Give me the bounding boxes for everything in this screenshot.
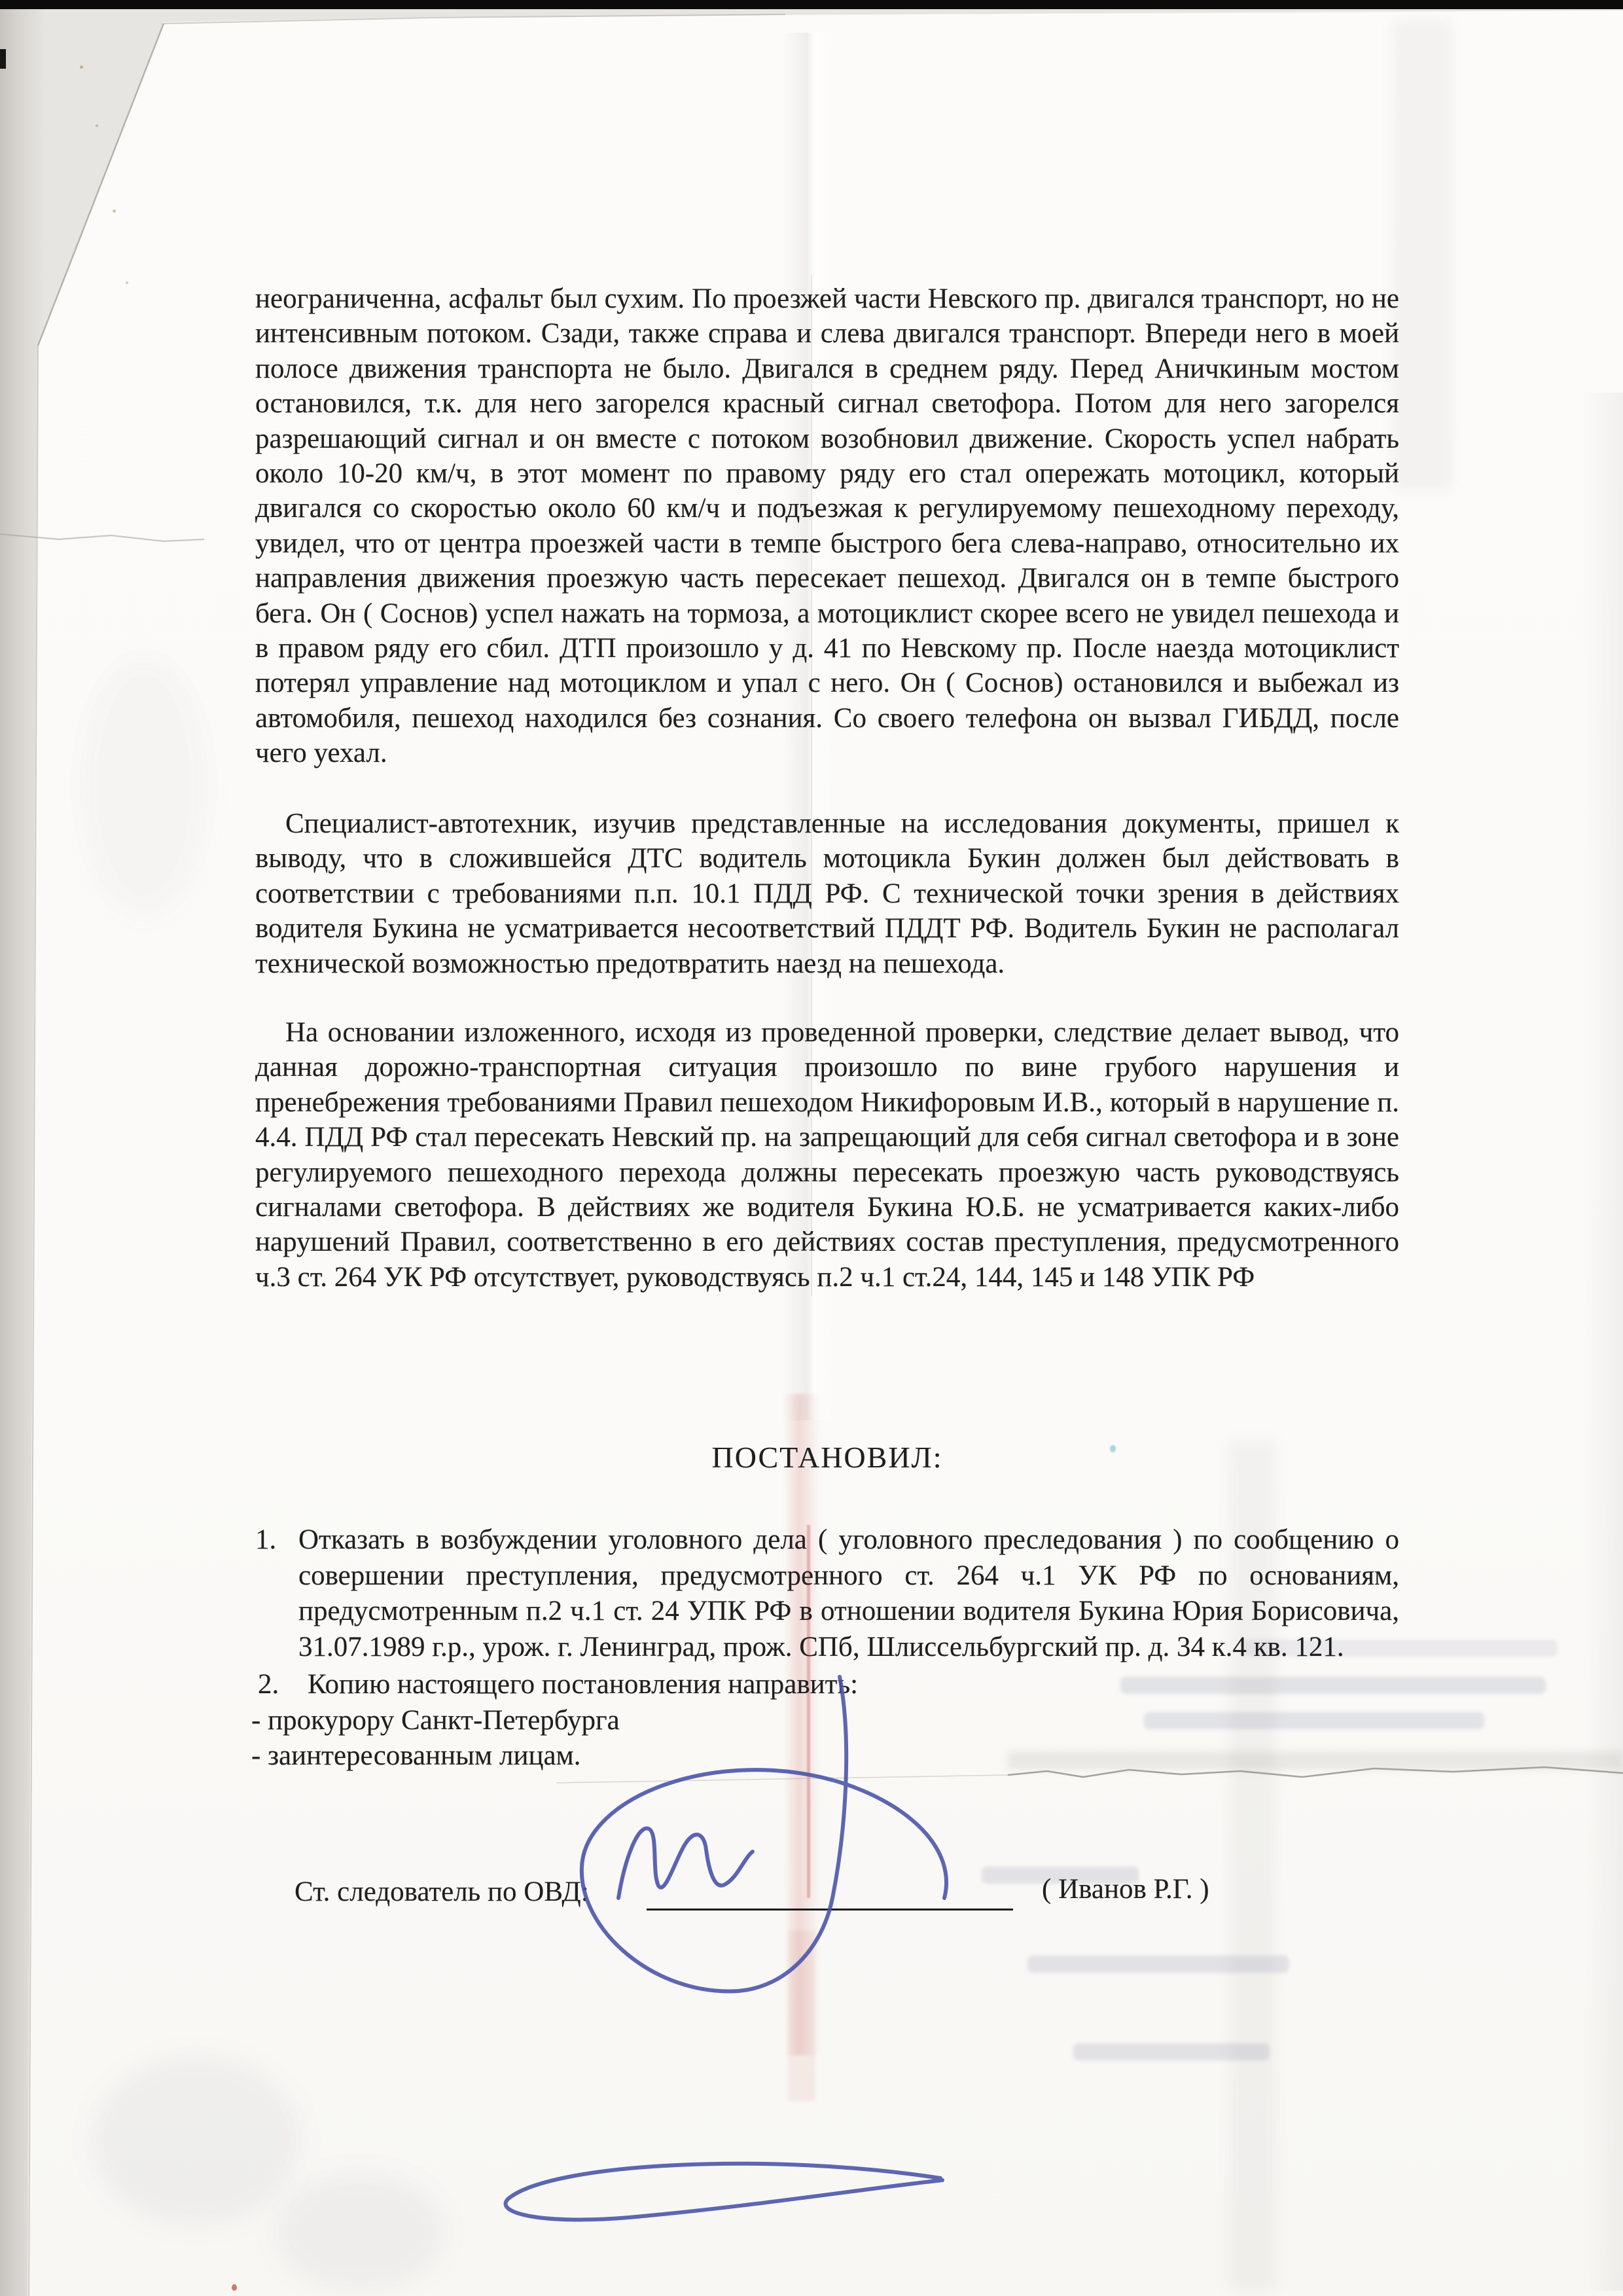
- item-1-text: Отказать в возбуждении уголовного дела (…: [298, 1524, 1399, 1662]
- item-2-number: 2.: [258, 1667, 279, 1703]
- resolution-list: 1. Отказать в возбуждении уголовного дел…: [255, 1522, 1399, 1774]
- scan-blotch: [92, 2055, 301, 2225]
- bleedthrough-text: [1073, 2043, 1270, 2060]
- scan-edge-notch: [0, 49, 6, 69]
- body-paragraph-2: Специалист-автотехник, изучив представле…: [255, 806, 1399, 981]
- resolution-heading: ПОСТАНОВИЛ:: [255, 1440, 1399, 1475]
- distribution-line-2: - заинтересованным лицам.: [251, 1738, 1399, 1774]
- item-2-text: Копию настоящего постановления направить…: [308, 1669, 858, 1700]
- resolution-item-2: 2. Копию настоящего постановления направ…: [255, 1667, 1399, 1703]
- paper-right-edge-shadow: [1582, 393, 1623, 2291]
- fold-speck: [113, 209, 116, 213]
- signature-name: ( Иванов Р.Г. ): [1042, 1873, 1209, 1905]
- fold-speck: [80, 65, 83, 69]
- distribution-line-1: - прокурору Санкт-Петербурга: [251, 1703, 1399, 1739]
- fold-speck: [126, 281, 128, 284]
- body-paragraph-1: неограниченна, асфальт был сухим. По про…: [255, 281, 1399, 771]
- scan-blotch: [275, 2173, 445, 2291]
- scan-top-edge: [0, 0, 1623, 9]
- body-paragraph-3: На основании изложенного, исходя из пров…: [255, 1015, 1399, 1295]
- signature-line: [647, 1909, 1013, 1910]
- paper-shadow-band: [1393, 20, 1453, 491]
- signature-role-label: Ст. следователь по ОВД:: [294, 1876, 589, 1908]
- item-1-number: 1.: [255, 1522, 276, 1558]
- scanned-document-page: { "body": { "paragraphs": [ "неограничен…: [0, 0, 1623, 2296]
- resolution-item-1: 1. Отказать в возбуждении уголовного дел…: [255, 1522, 1399, 1665]
- red-speck: [232, 2284, 237, 2291]
- fold-speck: [96, 124, 98, 127]
- scan-blotch: [79, 655, 209, 916]
- pink-crease-fade: [789, 1931, 815, 2101]
- bleedthrough-text: [1027, 1956, 1289, 1973]
